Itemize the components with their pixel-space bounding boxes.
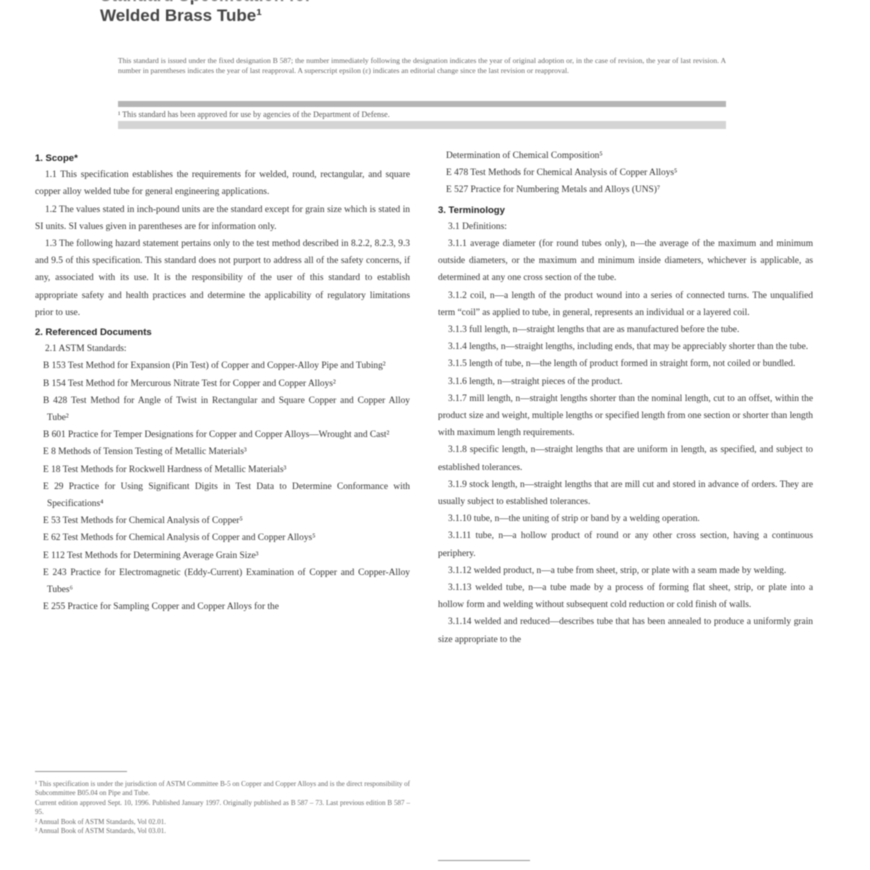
referenced-document: E 243 Practice for Electromagnetic (Eddy…	[35, 565, 410, 599]
title-line-2: Welded Brass Tube¹	[100, 6, 312, 26]
paragraph: 3.1.14 welded and reduced—describes tube…	[438, 614, 813, 648]
right-column: Determination of Chemical Composition⁵E …	[438, 148, 813, 649]
section-heading: 1. Scope*	[35, 150, 410, 167]
left-column: 1. Scope*1.1 This specification establis…	[35, 148, 410, 616]
paragraph: 3.1.9 stock length, n—straight lengths t…	[438, 477, 813, 511]
referenced-document: B 153 Test Method for Expansion (Pin Tes…	[35, 358, 410, 375]
section-heading: 2. Referenced Documents	[35, 324, 410, 341]
paragraph: 3.1.11 tube, n—a hollow product of round…	[438, 528, 813, 562]
footnote: ³ Annual Book of ASTM Standards, Vol 03.…	[35, 827, 410, 836]
referenced-document: E 62 Test Methods for Chemical Analysis …	[35, 530, 410, 547]
referenced-document: E 112 Test Methods for Determining Avera…	[35, 548, 410, 565]
referenced-document: E 255 Practice for Sampling Copper and C…	[35, 599, 410, 616]
paragraph: 3.1 Definitions:	[438, 219, 813, 236]
section-heading: 3. Terminology	[438, 202, 813, 219]
document-title: Standard Specification for Welded Brass …	[100, 0, 312, 26]
footnote: ¹ This specification is under the jurisd…	[35, 780, 410, 799]
notice-divider	[118, 101, 726, 107]
paragraph: 1.2 The values stated in inch-pound unit…	[35, 202, 410, 236]
referenced-document: Determination of Chemical Composition⁵	[438, 148, 813, 165]
paragraph: 1.1 This specification establishes the r…	[35, 167, 410, 201]
notice-divider-2	[118, 121, 726, 129]
footnote-rule	[35, 771, 127, 772]
referenced-document: B 154 Test Method for Mercurous Nitrate …	[35, 376, 410, 393]
paragraph: 3.1.13 welded tube, n—a tube made by a p…	[438, 580, 813, 614]
referenced-document: E 53 Test Methods for Chemical Analysis …	[35, 513, 410, 530]
footnote: ² Annual Book of ASTM Standards, Vol 02.…	[35, 818, 410, 827]
paragraph: 1.3 The following hazard statement perta…	[35, 236, 410, 322]
footnote-rule-right	[438, 860, 530, 861]
paragraph: 3.1.12 welded product, n—a tube from she…	[438, 563, 813, 580]
referenced-document: E 527 Practice for Numbering Metals and …	[438, 182, 813, 199]
paragraph: 3.1.6 length, n—straight pieces of the p…	[438, 374, 813, 391]
footnotes: ¹ This specification is under the jurisd…	[35, 780, 410, 836]
paragraph: 3.1.7 mill length, n—straight lengths sh…	[438, 391, 813, 443]
referenced-document: E 8 Methods of Tension Testing of Metall…	[35, 444, 410, 461]
paragraph: 3.1.8 specific length, n—straight length…	[438, 442, 813, 476]
referenced-document: B 428 Test Method for Angle of Twist in …	[35, 393, 410, 427]
paragraph: 3.1.10 tube, n—the uniting of strip or b…	[438, 511, 813, 528]
paragraph: 2.1 ASTM Standards:	[35, 341, 410, 358]
paragraph: 3.1.1 average diameter (for round tubes …	[438, 236, 813, 288]
paragraph: 3.1.2 coil, n—a length of the product wo…	[438, 288, 813, 322]
referenced-document: E 478 Test Methods for Chemical Analysis…	[438, 165, 813, 182]
paragraph: 3.1.3 full length, n—straight lengths th…	[438, 322, 813, 339]
referenced-document: E 29 Practice for Using Significant Digi…	[35, 479, 410, 513]
paragraph: 3.1.4 lengths, n—straight lengths, inclu…	[438, 339, 813, 356]
designation-notice: This standard is issued under the fixed …	[118, 56, 726, 75]
paragraph: 3.1.5 length of tube, n—the length of pr…	[438, 356, 813, 373]
referenced-document: B 601 Practice for Temper Designations f…	[35, 427, 410, 444]
footnote: Current edition approved Sept. 10, 1996.…	[35, 799, 410, 818]
dod-approval-line: ¹ This standard has been approved for us…	[118, 110, 726, 120]
referenced-document: E 18 Test Methods for Rockwell Hardness …	[35, 462, 410, 479]
